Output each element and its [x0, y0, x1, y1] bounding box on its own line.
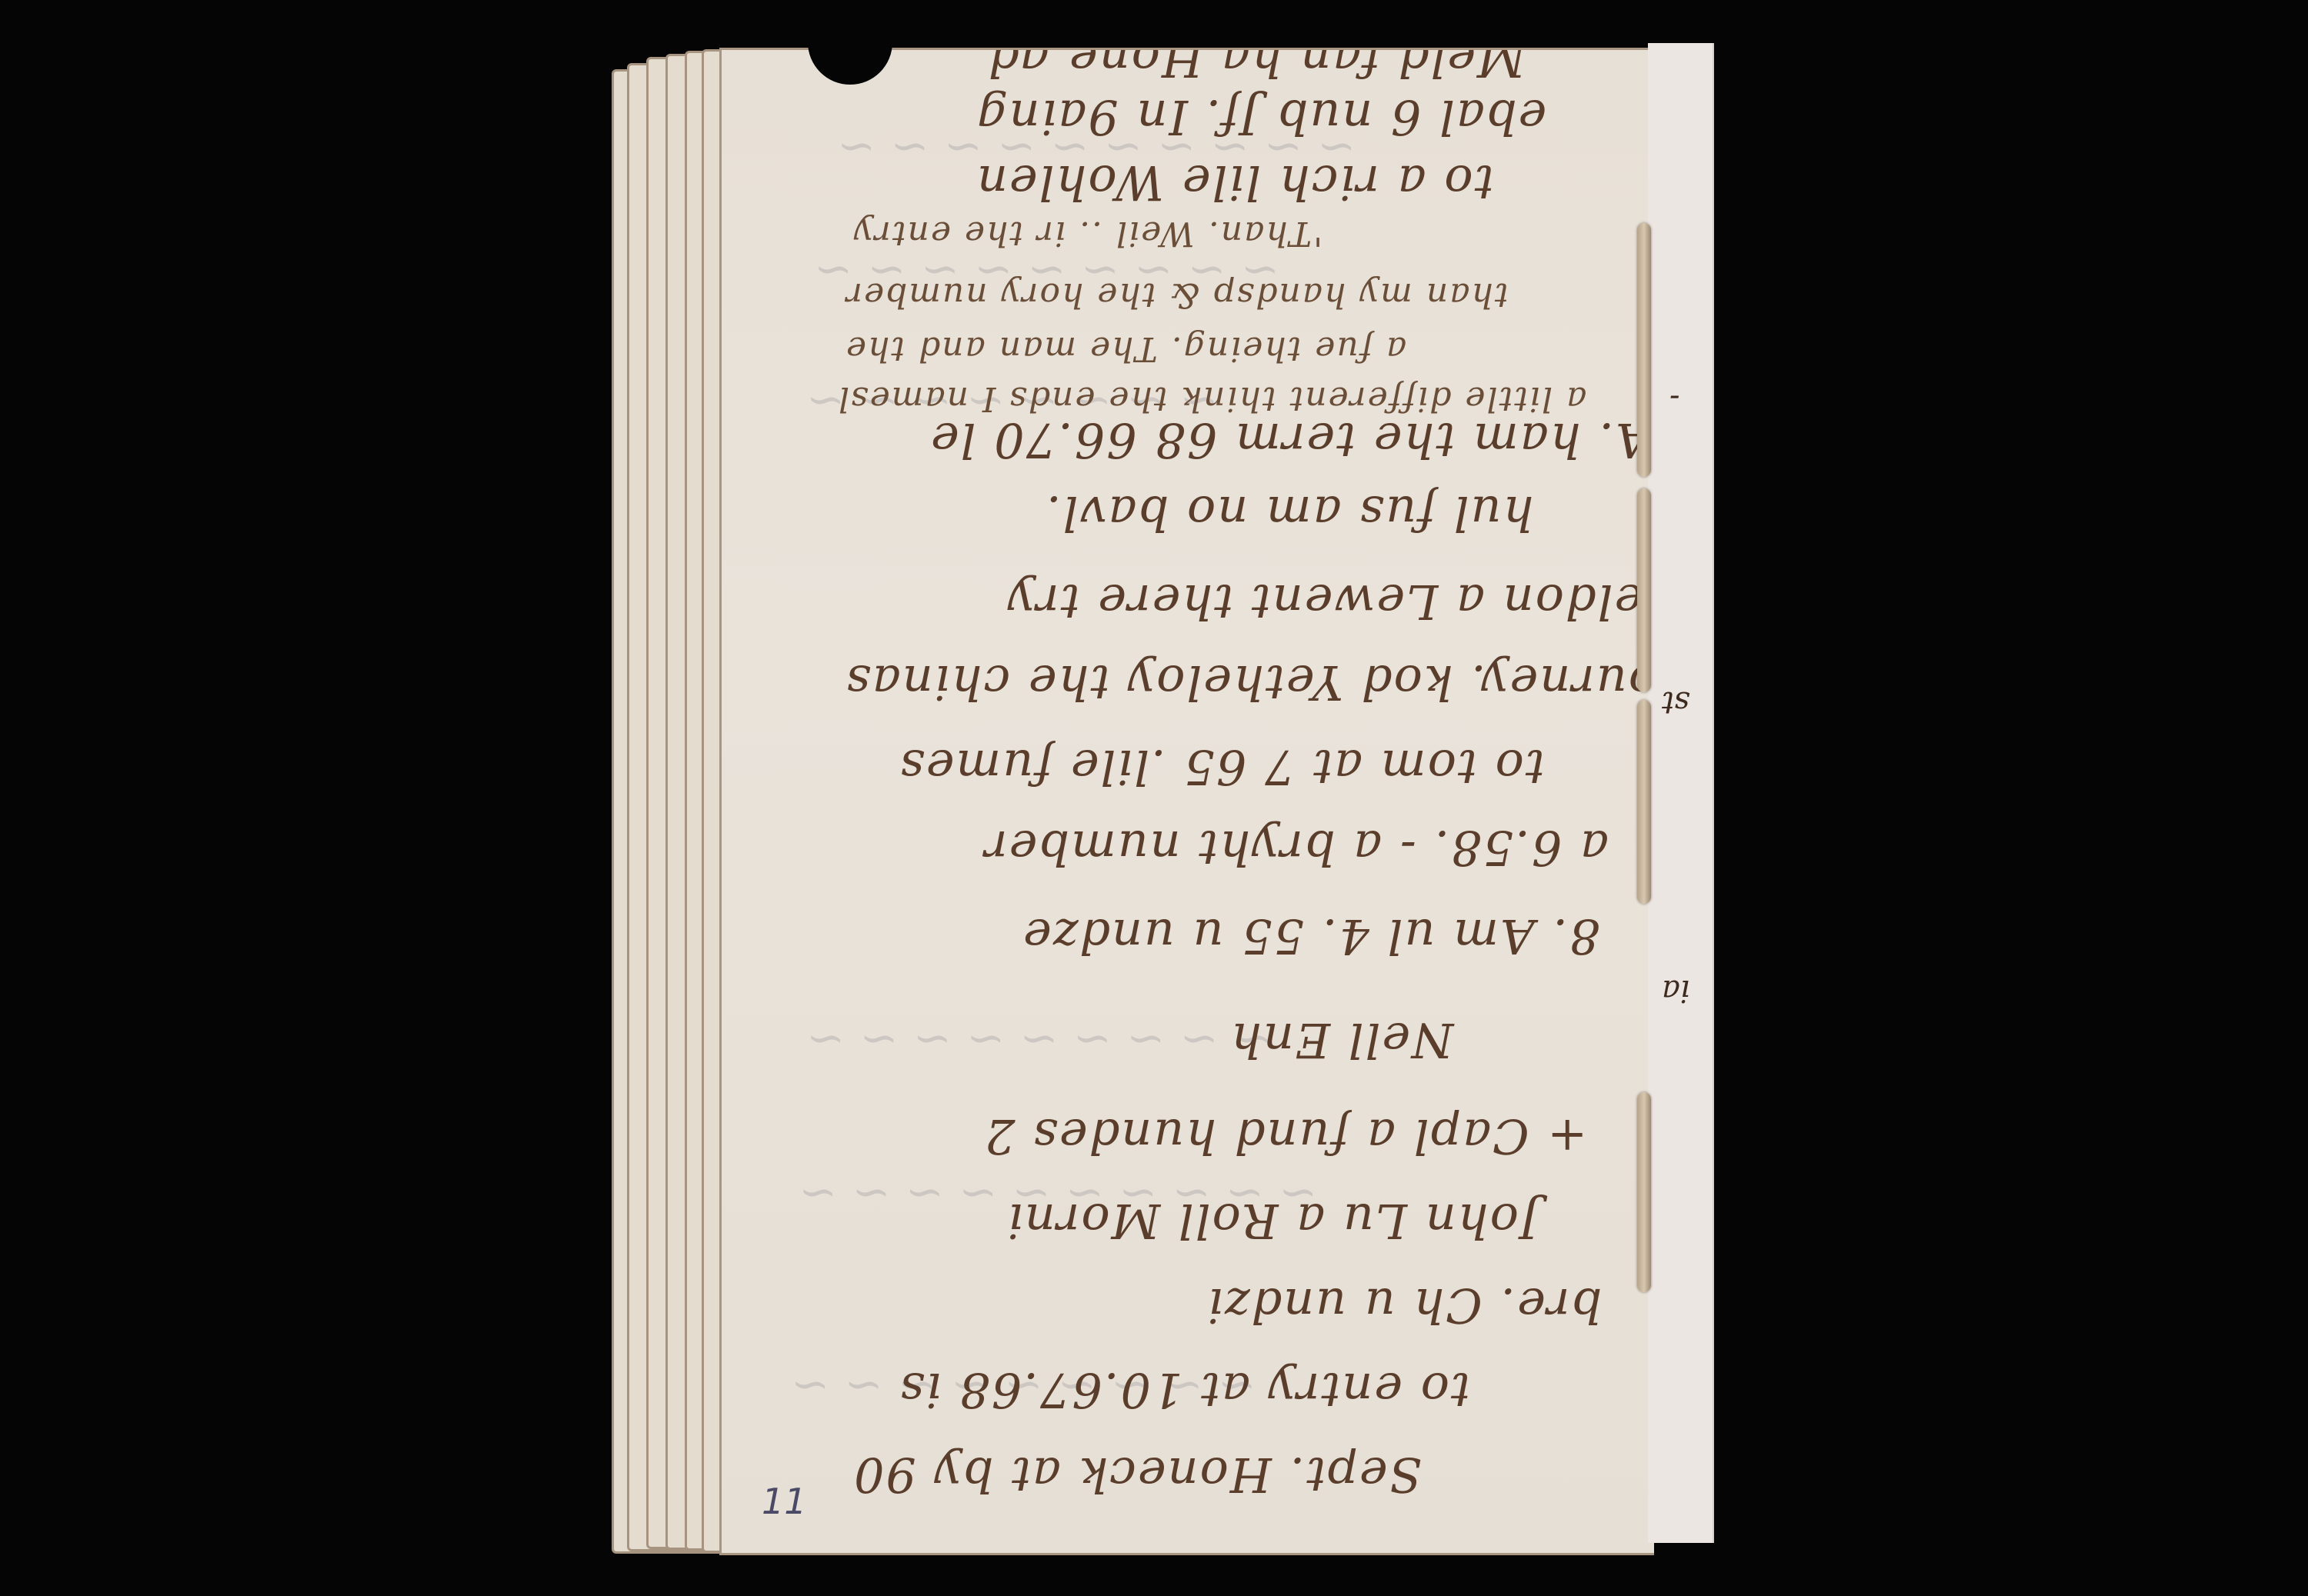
binding-stitch [1637, 488, 1651, 692]
handwritten-line: 8. Am ul 4. 55 u undze [1022, 908, 1600, 965]
handwritten-line: Sept. Honeck at by 90 [852, 1447, 1422, 1503]
handwritten-line: hul fus am no bavl. [1045, 485, 1533, 541]
handwritten-line: 'Sheldon a Lewent there try [1006, 574, 1654, 630]
binding-stitch [1637, 700, 1651, 904]
handwritten-line: a 6.58. - a bryht number [983, 820, 1609, 876]
margin-mark: st [1662, 685, 1690, 720]
handwritten-line: to a rich lile Wohlen [976, 155, 1494, 211]
facing-page-edge [1648, 43, 1714, 1543]
handwritten-line: to tom at 7 65 .lile fumes [899, 739, 1545, 795]
handwritten-line: + Capl a fund hundes 2 [983, 1108, 1587, 1165]
handwritten-line: A. ham the term 68 66.70 le [929, 412, 1650, 468]
notebook-page: ~ ~ ~ ~ ~ ~ ~ ~ ~ ~ ~ ~ ~ ~ ~ ~ ~ ~ ~ ~ … [719, 48, 1654, 1555]
handwritten-line: a little different think the ends I name… [837, 379, 1586, 418]
handwritten-line: to entry at 10.67.68 is [899, 1362, 1470, 1418]
margin-mark: ia [1662, 973, 1690, 1008]
handwritten-line: John Lu a Roll Morni [1006, 1193, 1539, 1249]
handwritten-line: a fue theing. The man and the [845, 329, 1406, 368]
binding-stitch [1637, 223, 1651, 477]
handwritten-line: than my handsp & the hory number [845, 275, 1509, 315]
handwritten-text-block: Sept. Honeck at by 90 to entry at 10.67.… [722, 50, 1654, 1553]
binding-stitch [1637, 1092, 1651, 1292]
page-number: 11 [762, 1481, 807, 1522]
handwritten-line: by Journey. kod Yetheloy the chinas [845, 655, 1654, 711]
handwritten-line: ebal 6 nub Jf. In 9aing [976, 89, 1546, 145]
handwritten-line: bre. Ch u undzi [1206, 1278, 1602, 1334]
handwritten-line: Nell Enh [1229, 1012, 1453, 1068]
handwritten-line: Meld fan ha Hone gd [987, 48, 1526, 88]
margin-mark: - [1669, 381, 1680, 416]
handwritten-line: 'Than. Weil .. ir the entry [852, 214, 1322, 253]
